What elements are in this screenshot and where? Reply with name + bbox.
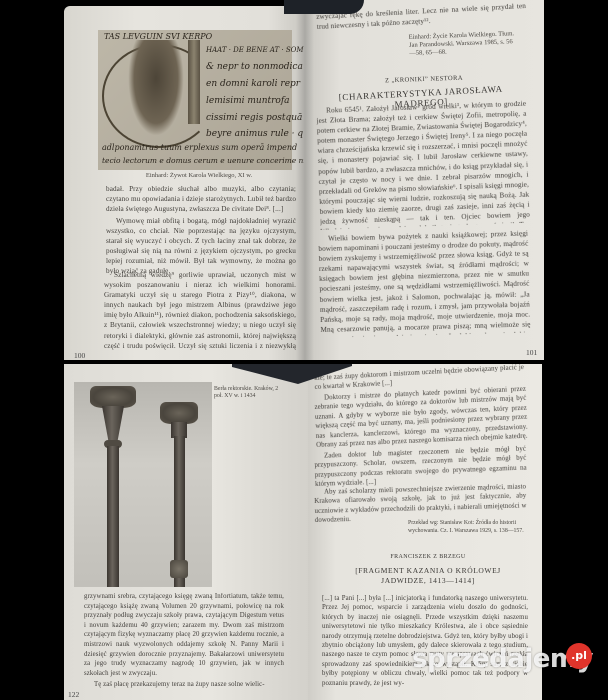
manuscript-line: & nepr to nonmodica <box>206 62 303 72</box>
paragraph: Wielki bowiem bywa pożytek z nauki książ… <box>318 229 531 338</box>
mace-head-left <box>90 386 136 408</box>
page-number: 101 <box>526 348 537 357</box>
page-number: 122 <box>68 690 79 699</box>
watermark-badge-icon: .pl <box>566 643 592 669</box>
paragraph: Tę zaś płacę przekazujemy teraz na żupy … <box>84 680 284 690</box>
citation: Einhard: Życie Karola Wielkiego. Tłum. J… <box>409 30 520 58</box>
paragraph: Wymowę miał obfitą i bogatą, mógł najdok… <box>106 216 296 277</box>
mace-shaft-left <box>107 446 119 587</box>
paragraph: grzywnami srebra, czytającego księgę zwa… <box>84 592 284 688</box>
initial-pillar <box>188 40 200 124</box>
illustration-caption: Berła rektorskie. Kraków, 2 poł. XV w. i… <box>214 386 284 400</box>
manuscript-line: adlponamtrus tuum erplexus sum operā imp… <box>102 143 297 152</box>
manuscript-line: beyre animus rule · q <box>206 129 303 139</box>
manuscript-line: lemisimi muntrofa <box>206 96 290 106</box>
manuscript-illustration: TAS LEVGUIN SVI KERPO HAAT · DE BENE AT … <box>98 30 292 170</box>
citation: Przekład wg: Stanisław Kot: Źródła do hi… <box>408 520 524 535</box>
manuscript-line: cissimi regis postquā <box>206 113 302 123</box>
maces-photograph <box>74 382 212 587</box>
section-source: FRANCISZEK Z BRZEGU <box>358 554 498 560</box>
top-book-spread: TAS LEVGUIN SVI KERPO HAAT · DE BENE AT … <box>64 0 544 360</box>
paragraph: [...] ta Pani [...] była [...] inicjator… <box>322 594 528 690</box>
section-title: [FRAGMENT KAZANIA O KRÓLOWEJ JADWIDZE, 1… <box>338 566 518 586</box>
page-101: zwyczajać rękę do kreślenia liter. Lecz … <box>304 0 544 360</box>
illustration-caption: Einhard: Żywot Karola Wielkiego, XI w. <box>124 172 274 180</box>
manuscript-line: HAAT · DE BENE AT · SOM <box>206 46 304 54</box>
paragraph: Doktorzy i mistrze do płatnych katedr po… <box>314 385 528 452</box>
book-spine-gutter <box>296 0 314 360</box>
page-100: TAS LEVGUIN SVI KERPO HAAT · DE BENE AT … <box>64 6 304 360</box>
enthroned-king-figure <box>128 40 184 136</box>
mace-neck-left <box>102 406 124 442</box>
mace-grip-right <box>170 560 188 578</box>
page-122: Berła rektorskie. Kraków, 2 poł. XV w. i… <box>64 364 308 700</box>
mace-head-right <box>160 402 198 424</box>
paragraph: Roku 6545¹. Założył Jarosław² gród wielk… <box>316 99 530 230</box>
paragraph: Szlachetną wiedzę⁹ gorliwie uprawiał, uc… <box>104 270 296 350</box>
manuscript-line: tecio lectorum e domus cerum e uenure co… <box>102 156 313 165</box>
paragraph: badał. Przy obiedzie słuchał albo muzyki… <box>106 184 296 214</box>
page-curl-shadow <box>284 0 364 14</box>
manuscript-line: TAS LEVGUIN SVI KERPO <box>104 32 212 41</box>
page-number: 100 <box>74 351 85 360</box>
manuscript-line: en domni karoli repr <box>206 79 300 89</box>
